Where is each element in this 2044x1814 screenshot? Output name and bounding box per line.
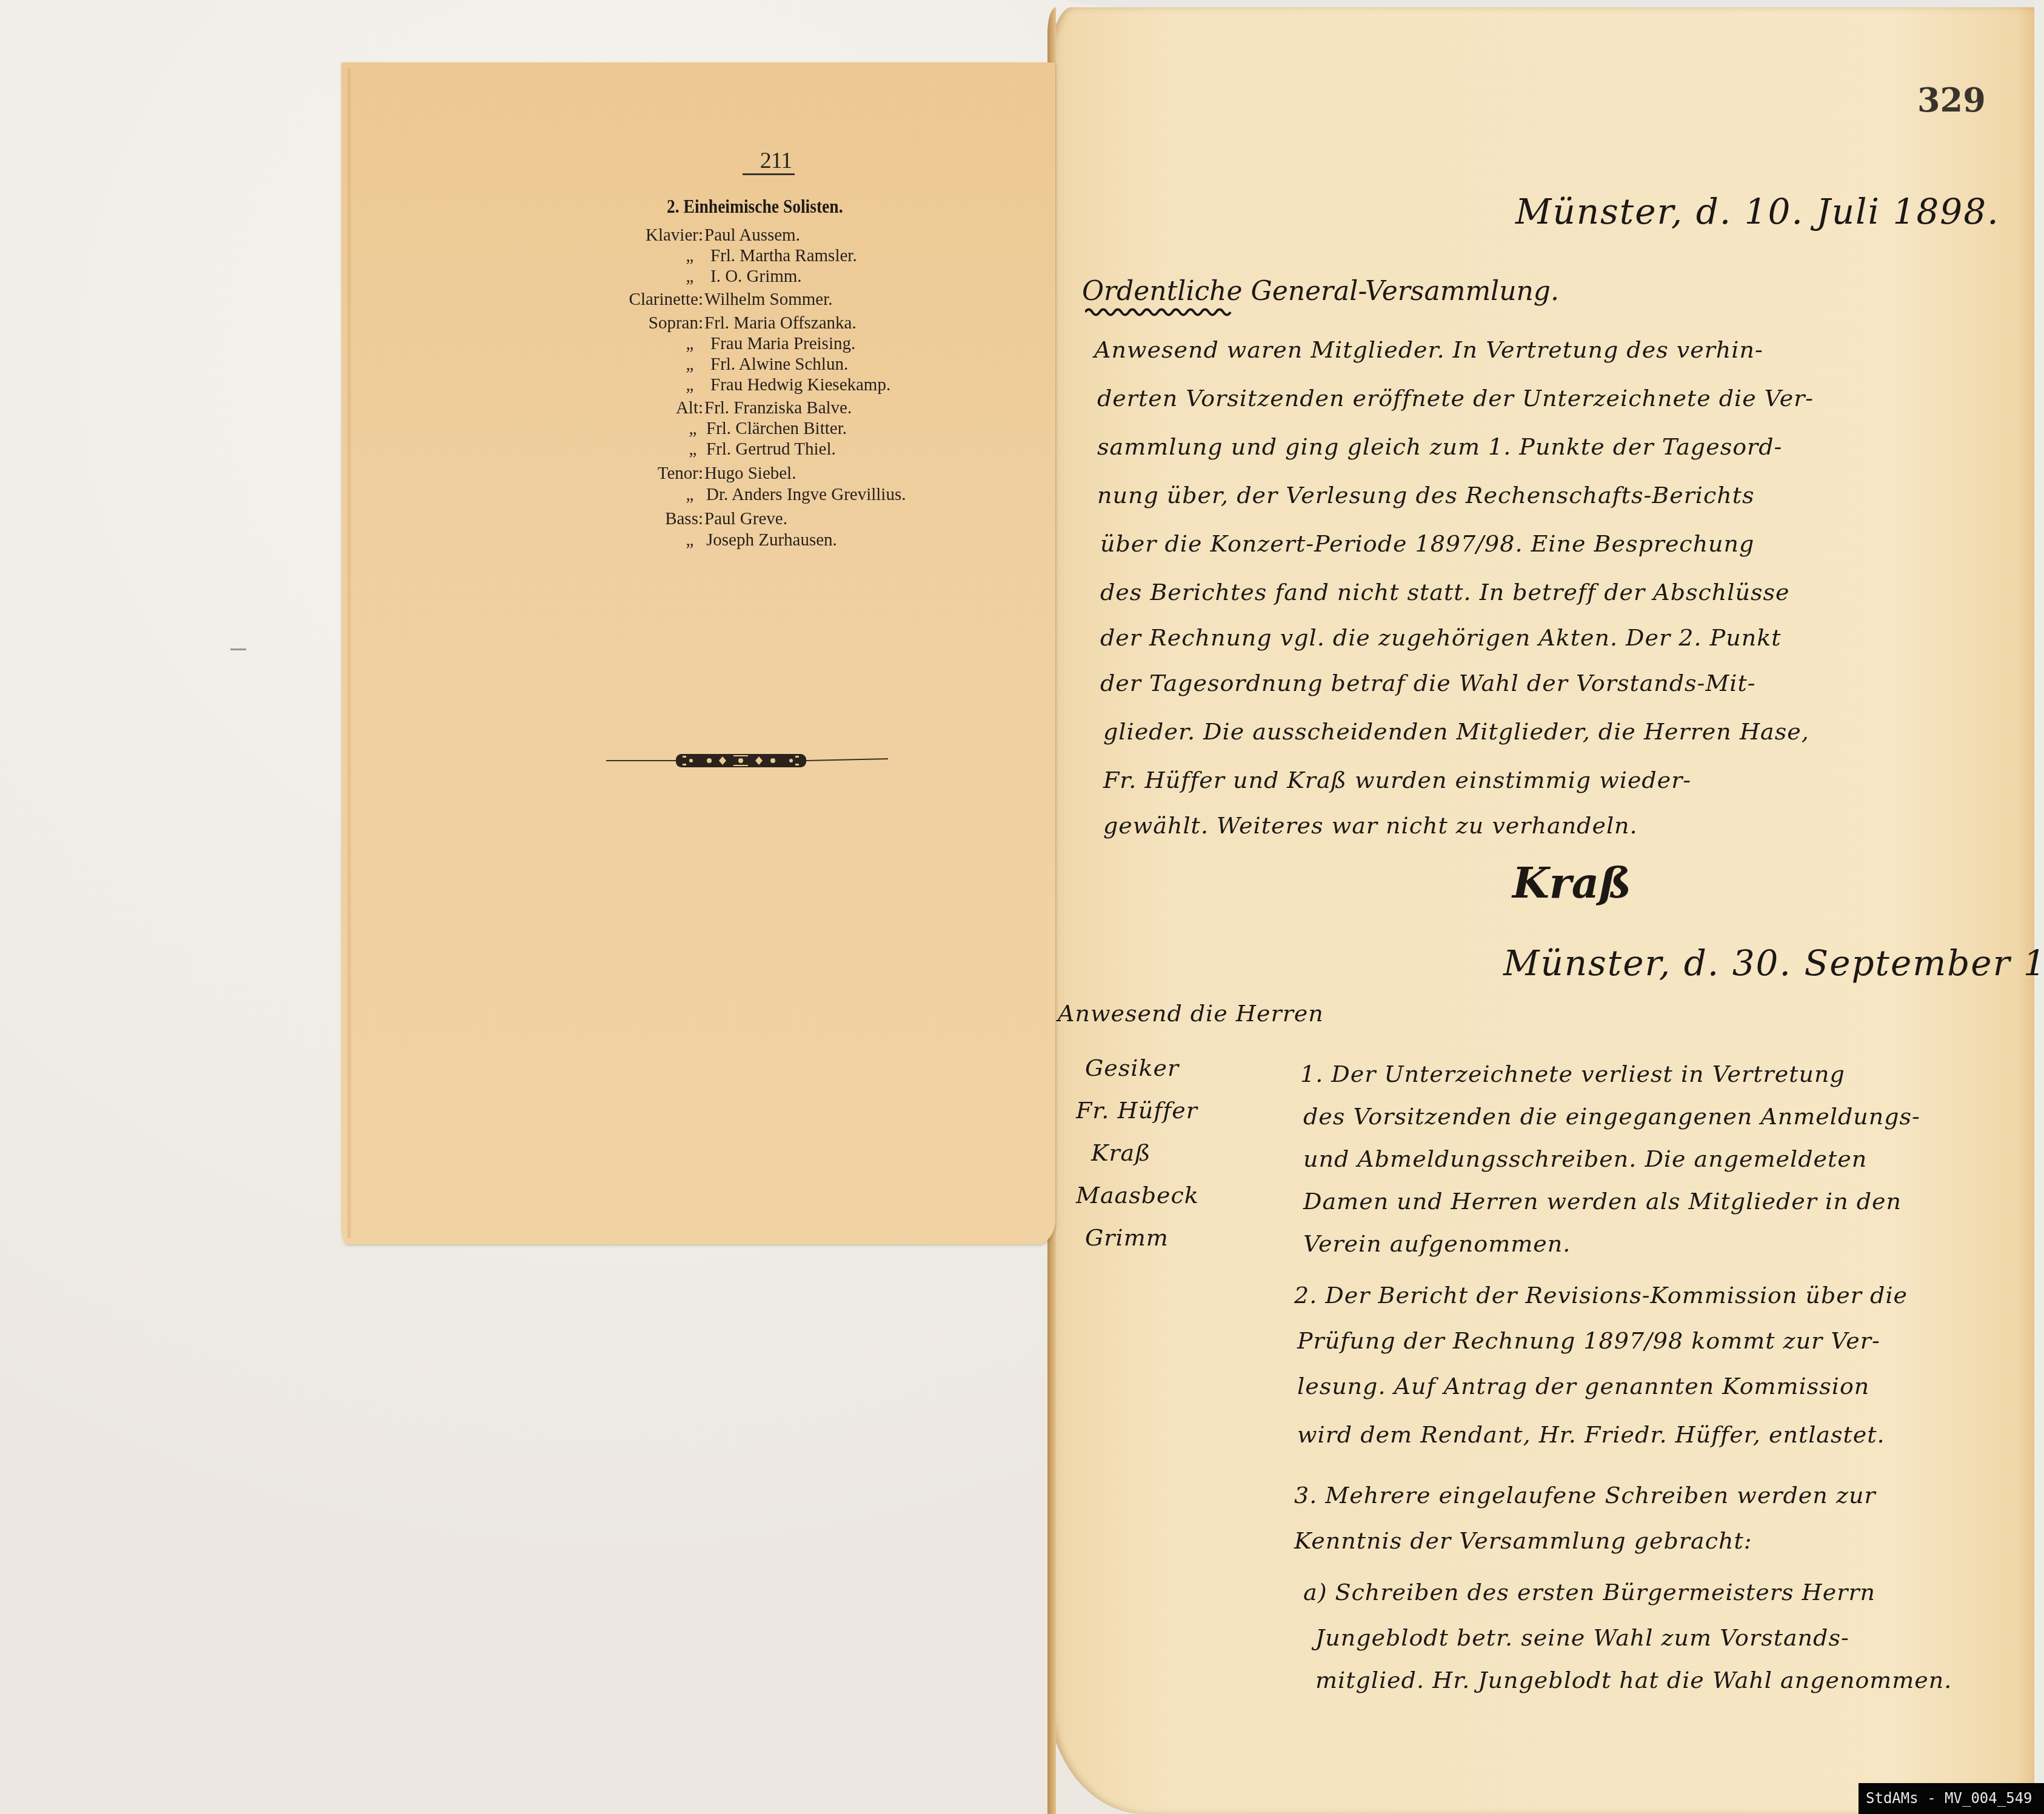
attendee-name: Gesiker (1085, 1055, 1179, 1081)
page-number-329: 329 (1917, 81, 1986, 119)
soloist-name: Frau Maria Preising. (710, 334, 855, 354)
entry1-line: glieder. Die ausscheidenden Mitglieder, … (1103, 718, 1809, 745)
printed-page-number: 211 (740, 147, 812, 174)
soloist-role: Tenor: (473, 464, 703, 484)
agenda-line: Kenntnis der Versammlung gebracht: (1294, 1527, 1752, 1554)
entry2-date: Münster, d. 30. September 1898. (1503, 942, 2044, 984)
soloist-role: Alt: (473, 398, 703, 418)
entry1-line: nung über, der Verlesung des Rechenschaf… (1097, 482, 1754, 509)
ditto-mark: „ (681, 334, 699, 354)
soloist-name: Frl. Martha Ramsler. (710, 246, 857, 266)
agenda-line: wird dem Rendant, Hr. Friedr. Hüffer, en… (1297, 1421, 1885, 1448)
archive-reference-label: StdAMs - MV_004_549 (1859, 1783, 2044, 1814)
soloist-role: Clarinette: (473, 290, 703, 310)
entry1-line: gewählt. Weiteres war nicht zu verhandel… (1103, 812, 1638, 839)
agenda-line: Prüfung der Rechnung 1897/98 kommt zur V… (1297, 1327, 1880, 1354)
soloist-name: Frl. Alwine Schlun. (710, 355, 848, 375)
agenda-line: mitglied. Hr. Jungeblodt hat die Wahl an… (1315, 1667, 1952, 1693)
attendee-name: Grimm (1085, 1224, 1169, 1251)
soloist-name: Hugo Siebel. (704, 464, 796, 484)
soloist-name: Frau Hedwig Kiesekamp. (710, 375, 890, 395)
entry1-line: derten Vorsitzenden eröffnete der Unterz… (1097, 385, 1814, 412)
soloist-role: Bass: (473, 509, 703, 529)
page-number-rule (743, 173, 795, 175)
attendee-name: Kraß (1091, 1139, 1151, 1166)
ditto-mark: „ (681, 355, 699, 375)
entry1-line: Fr. Hüffer und Kraß wurden einstimmig wi… (1103, 767, 1691, 793)
entry1-line: Anwesend waren Mitglieder. In Vertretung… (1094, 336, 1763, 363)
signature-krass: Kraß (1512, 858, 1631, 908)
pencil-mark (230, 649, 246, 650)
agenda-line: Verein aufgenommen. (1303, 1230, 1571, 1257)
attendee-name: Fr. Hüffer (1076, 1097, 1198, 1124)
agenda-line: Jungeblodt betr. seine Wahl zum Vorstand… (1315, 1624, 1849, 1651)
attendee-name: Maasbeck (1076, 1182, 1199, 1209)
soloist-name: Frl. Franziska Balve. (704, 398, 852, 418)
entry1-line: der Rechnung vgl. die zugehörigen Akten.… (1100, 624, 1781, 651)
ditto-mark: „ (684, 419, 702, 439)
ditto-mark: „ (681, 267, 699, 287)
ditto-mark: „ (681, 246, 699, 266)
agenda-line: Damen und Herren werden als Mitglieder i… (1303, 1188, 1902, 1215)
soloist-role: Sopran: (473, 313, 703, 333)
entry1-line: über die Konzert-Periode 1897/98. Eine B… (1100, 530, 1754, 557)
entry1-title: Ordentliche General-Versammlung. (1082, 276, 1559, 307)
soloist-name: Frl. Clärchen Bitter. (706, 419, 847, 439)
section-title: 2. Einheimische Solisten. (667, 195, 886, 218)
soloist-name: Frl. Maria Offszanka. (704, 313, 857, 333)
soloist-role: Klavier: (473, 225, 703, 245)
agenda-line: des Vorsitzenden die eingegangenen Anmel… (1303, 1103, 1920, 1130)
ditto-mark: „ (681, 530, 699, 550)
agenda-line: 2. Der Bericht der Revisions-Kommission … (1294, 1282, 1908, 1309)
entry1-date: Münster, d. 10. Juli 1898. (1515, 191, 2000, 232)
ditto-mark: „ (681, 375, 699, 395)
entry2-margin-heading: Anwesend die Herren (1058, 1000, 1324, 1027)
agenda-line: und Abmeldungsschreiben. Die angemeldete… (1303, 1145, 1867, 1172)
entry1-line: des Berichtes fand nicht statt. In betre… (1100, 579, 1789, 605)
right-binding-edge (2034, 0, 2044, 1814)
soloist-name: Wilhelm Sommer. (704, 290, 832, 310)
soloist-name: Dr. Anders Ingve Grevillius. (706, 485, 906, 505)
agenda-line: a) Schreiben des ersten Bürgermeisters H… (1303, 1579, 1875, 1606)
agenda-line: 1. Der Unterzeichnete verliest in Vertre… (1300, 1061, 1845, 1087)
ditto-mark: „ (684, 439, 702, 459)
agenda-line: 3. Mehrere eingelaufene Schreiben werden… (1294, 1482, 1876, 1509)
wavy-underline-decoration (1085, 307, 1237, 318)
entry1-line: der Tagesordnung betraf die Wahl der Vor… (1100, 670, 1756, 696)
agenda-line: lesung. Auf Antrag der genannten Kommiss… (1297, 1373, 1869, 1399)
decorative-ornament-icon (606, 752, 927, 770)
soloist-name: I. O. Grimm. (710, 267, 802, 287)
soloist-name: Paul Greve. (704, 509, 787, 529)
soloist-name: Frl. Gertrud Thiel. (706, 439, 836, 459)
entry1-line: sammlung und ging gleich zum 1. Punkte d… (1097, 433, 1782, 460)
soloist-name: Paul Aussem. (704, 225, 800, 245)
soloist-name: Joseph Zurhausen. (706, 530, 837, 550)
ditto-mark: „ (681, 485, 699, 505)
